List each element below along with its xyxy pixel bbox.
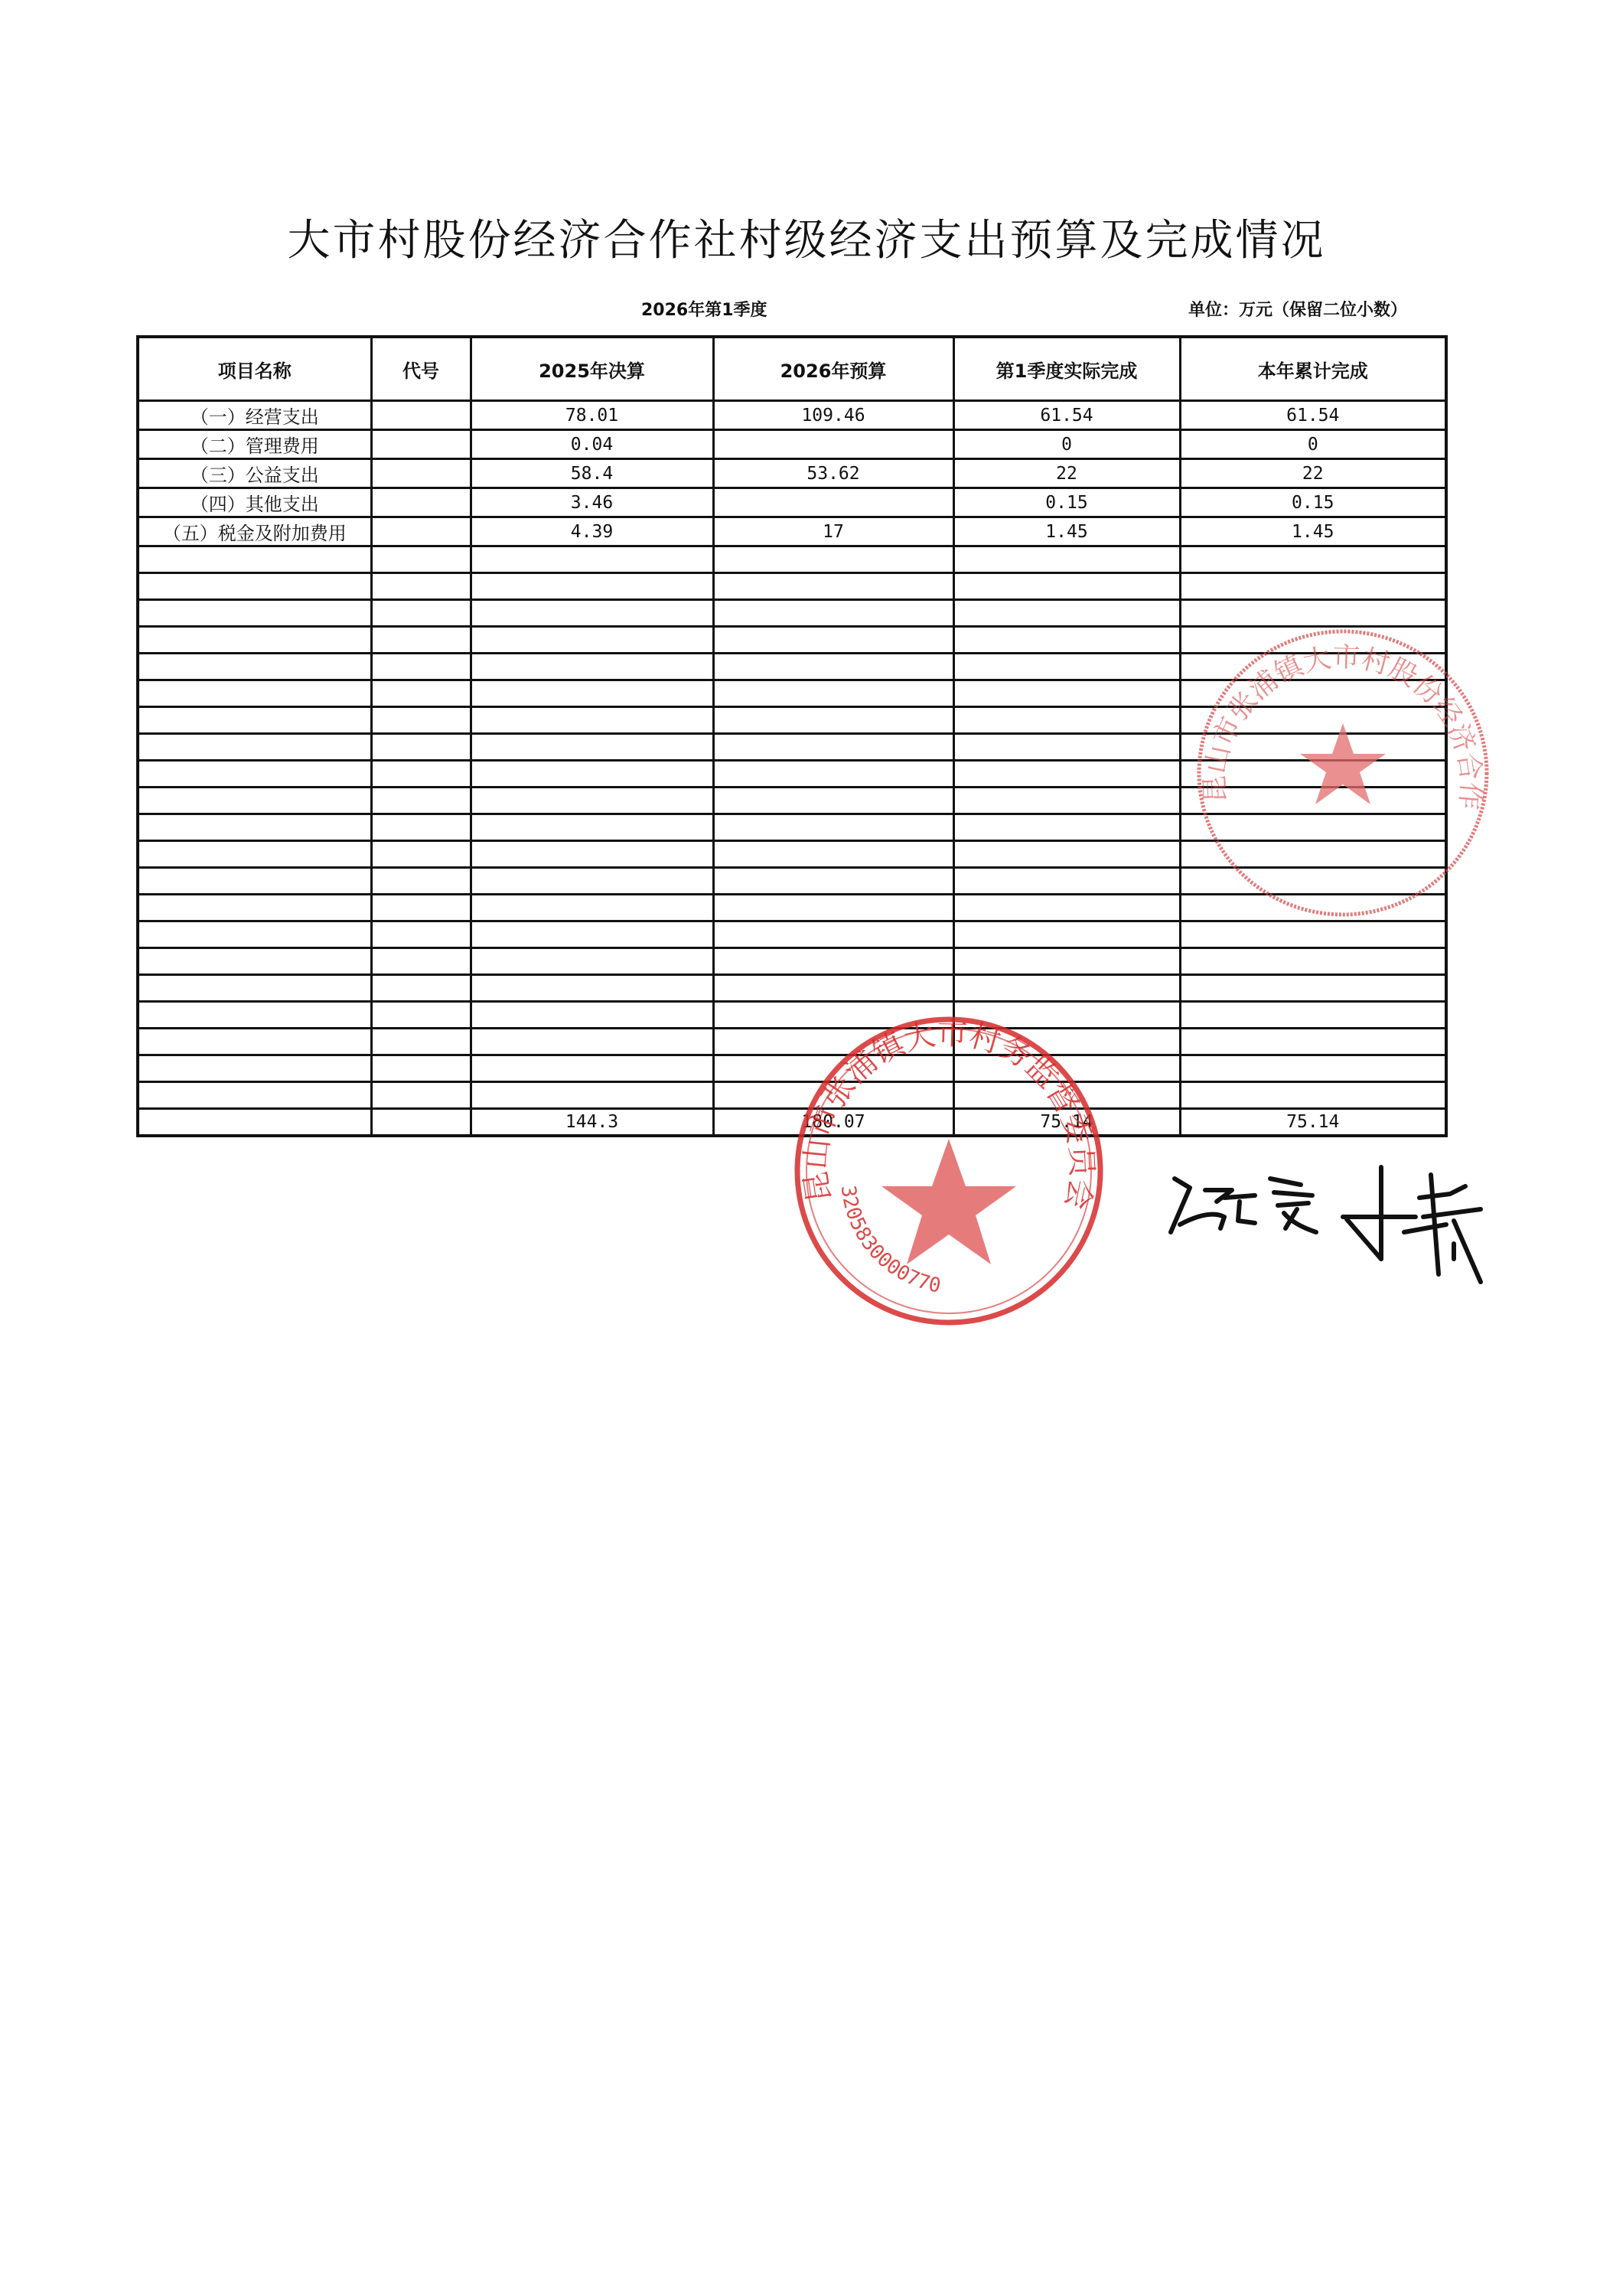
cell-code: [371, 546, 471, 573]
cell-q1-actual: 0.15: [953, 488, 1180, 517]
cell-ytd: [1180, 975, 1446, 1002]
cell-code: [371, 975, 471, 1002]
cell-item-name: [138, 1029, 371, 1055]
cell-2026-budget: [713, 1055, 953, 1082]
cell-2026-budget: [713, 627, 953, 654]
cell-code: [371, 573, 471, 600]
table-row-blank: [138, 654, 1446, 680]
cell-item-name: [138, 600, 371, 627]
cell-q1-actual: [953, 895, 1180, 921]
cell-2025-final: [471, 600, 713, 627]
cell-2026-budget: [713, 654, 953, 680]
cell-2025-final: [471, 1029, 713, 1055]
cell-2026-budget: [713, 573, 953, 600]
header-2026-budget: 2026年预算: [713, 337, 953, 401]
cell-code: [371, 734, 471, 761]
table-row-blank: [138, 921, 1446, 948]
cell-2025-final: [471, 1002, 713, 1029]
cell-q1-actual: [953, 1029, 1180, 1055]
cell-2025-final: [471, 734, 713, 761]
cell-2026-budget: 53.62: [713, 459, 953, 488]
cell-item-name: [138, 1002, 371, 1029]
cell-ytd: [1180, 814, 1446, 841]
cell-item-name: [138, 546, 371, 573]
cell-item-name: [138, 921, 371, 948]
table-row-total: 144.3180.0775.1475.14: [138, 1109, 1446, 1137]
cell-q1-actual: 75.14: [953, 1109, 1180, 1137]
cell-ytd: [1180, 921, 1446, 948]
cell-2026-budget: [713, 600, 953, 627]
cell-code: [371, 517, 471, 546]
stamp-code: 3205830000770: [836, 1184, 943, 1297]
cell-ytd: [1180, 1055, 1446, 1082]
table-row-blank: [138, 895, 1446, 921]
cell-2026-budget: [713, 921, 953, 948]
cell-2025-final: [471, 761, 713, 788]
cell-item-name: [138, 1055, 371, 1082]
cell-2025-final: [471, 975, 713, 1002]
cell-item-name: [138, 707, 371, 734]
cell-ytd: [1180, 734, 1446, 761]
header-2025-final: 2025年决算: [471, 337, 713, 401]
table-row-blank: [138, 734, 1446, 761]
cell-code: [371, 627, 471, 654]
cell-q1-actual: [953, 841, 1180, 868]
table-row-blank: [138, 814, 1446, 841]
cell-item-name: （五）税金及附加费用: [138, 517, 371, 546]
cell-ytd: [1180, 761, 1446, 788]
cell-2025-final: [471, 546, 713, 573]
cell-2026-budget: [713, 546, 953, 573]
cell-ytd: [1180, 654, 1446, 680]
cell-2026-budget: [713, 788, 953, 814]
table-row: （五）税金及附加费用4.39171.451.45: [138, 517, 1446, 546]
cell-ytd: 1.45: [1180, 517, 1446, 546]
cell-q1-actual: [953, 975, 1180, 1002]
cell-item-name: [138, 654, 371, 680]
cell-code: [371, 680, 471, 707]
table-row-blank: [138, 1055, 1446, 1082]
table-row-blank: [138, 573, 1446, 600]
cell-item-name: [138, 1109, 371, 1137]
table-row-blank: [138, 788, 1446, 814]
cell-ytd: [1180, 948, 1446, 975]
cell-item-name: [138, 734, 371, 761]
cell-item-name: （四）其他支出: [138, 488, 371, 517]
cell-2026-budget: [713, 975, 953, 1002]
cell-code: [371, 1002, 471, 1029]
cell-q1-actual: [953, 948, 1180, 975]
cell-2026-budget: [713, 948, 953, 975]
cell-q1-actual: 22: [953, 459, 1180, 488]
cell-code: [371, 401, 471, 430]
cell-q1-actual: [953, 814, 1180, 841]
cell-q1-actual: [953, 1002, 1180, 1029]
table-row-blank: [138, 761, 1446, 788]
cell-2025-final: 78.01: [471, 401, 713, 430]
cell-ytd: [1180, 841, 1446, 868]
cell-2026-budget: [713, 1029, 953, 1055]
cell-2025-final: [471, 788, 713, 814]
cell-2025-final: [471, 707, 713, 734]
cell-q1-actual: [953, 868, 1180, 895]
cell-code: [371, 1055, 471, 1082]
cell-2026-budget: [713, 841, 953, 868]
cell-q1-actual: [953, 546, 1180, 573]
cell-q1-actual: [953, 627, 1180, 654]
cell-ytd: 75.14: [1180, 1109, 1446, 1137]
cell-code: [371, 654, 471, 680]
header-code: 代号: [371, 337, 471, 401]
table-row: （三）公益支出58.453.622222: [138, 459, 1446, 488]
cell-code: [371, 600, 471, 627]
cell-2025-final: [471, 868, 713, 895]
cell-q1-actual: 0: [953, 430, 1180, 459]
signature-1: [1163, 1156, 1331, 1247]
cell-code: [371, 841, 471, 868]
svg-text:3205830000770: 3205830000770: [836, 1184, 943, 1297]
cell-2026-budget: [713, 707, 953, 734]
cell-ytd: [1180, 1029, 1446, 1055]
table-row-blank: [138, 1082, 1446, 1109]
cell-ytd: 0: [1180, 430, 1446, 459]
table-row-blank: [138, 680, 1446, 707]
cell-2026-budget: [713, 1002, 953, 1029]
report-period: 2026年第1季度: [641, 297, 767, 321]
table-row-blank: [138, 841, 1446, 868]
cell-ytd: [1180, 680, 1446, 707]
cell-code: [371, 868, 471, 895]
cell-item-name: [138, 680, 371, 707]
cell-2026-budget: [713, 680, 953, 707]
table-row-blank: [138, 1029, 1446, 1055]
cell-item-name: [138, 627, 371, 654]
cell-2025-final: 0.04: [471, 430, 713, 459]
cell-code: [371, 788, 471, 814]
header-q1-actual: 第1季度实际完成: [953, 337, 1180, 401]
cell-2025-final: [471, 654, 713, 680]
cell-q1-actual: [953, 680, 1180, 707]
cell-ytd: [1180, 895, 1446, 921]
cell-ytd: 22: [1180, 459, 1446, 488]
cell-2025-final: [471, 948, 713, 975]
cell-2025-final: 58.4: [471, 459, 713, 488]
cell-2025-final: 3.46: [471, 488, 713, 517]
table-row: （二）管理费用0.0400: [138, 430, 1446, 459]
cell-q1-actual: [953, 788, 1180, 814]
cell-2025-final: [471, 814, 713, 841]
cell-2026-budget: [713, 734, 953, 761]
cell-item-name: [138, 788, 371, 814]
cell-2025-final: [471, 1055, 713, 1082]
cell-ytd: [1180, 868, 1446, 895]
cell-2026-budget: [713, 761, 953, 788]
cell-2025-final: [471, 627, 713, 654]
table-row-blank: [138, 627, 1446, 654]
cell-code: [371, 1029, 471, 1055]
table-row-blank: [138, 975, 1446, 1002]
cell-code: [371, 1109, 471, 1137]
cell-ytd: 61.54: [1180, 401, 1446, 430]
cell-q1-actual: [953, 1055, 1180, 1082]
cell-ytd: [1180, 627, 1446, 654]
cell-q1-actual: [953, 761, 1180, 788]
cell-item-name: [138, 761, 371, 788]
cell-2025-final: [471, 921, 713, 948]
cell-ytd: [1180, 600, 1446, 627]
expenditure-budget-table: 项目名称 代号 2025年决算 2026年预算 第1季度实际完成 本年累计完成 …: [136, 335, 1448, 1137]
cell-code: [371, 459, 471, 488]
header-ytd-completed: 本年累计完成: [1180, 337, 1446, 401]
table-header-row: 项目名称 代号 2025年决算 2026年预算 第1季度实际完成 本年累计完成: [138, 337, 1446, 401]
cell-q1-actual: 61.54: [953, 401, 1180, 430]
cell-item-name: （二）管理费用: [138, 430, 371, 459]
cell-code: [371, 488, 471, 517]
cell-code: [371, 814, 471, 841]
cell-2025-final: [471, 680, 713, 707]
cell-q1-actual: [953, 573, 1180, 600]
table-row-blank: [138, 546, 1446, 573]
cell-ytd: [1180, 1082, 1446, 1109]
cell-ytd: 0.15: [1180, 488, 1446, 517]
cell-ytd: [1180, 707, 1446, 734]
cell-2025-final: [471, 1082, 713, 1109]
cell-q1-actual: [953, 921, 1180, 948]
cell-2026-budget: [713, 430, 953, 459]
cell-q1-actual: [953, 734, 1180, 761]
cell-item-name: [138, 975, 371, 1002]
table-row-blank: [138, 948, 1446, 975]
cell-item-name: （一）经营支出: [138, 401, 371, 430]
cell-code: [371, 1082, 471, 1109]
cell-2026-budget: [713, 1082, 953, 1109]
table-row-blank: [138, 868, 1446, 895]
cell-q1-actual: [953, 654, 1180, 680]
cell-2026-budget: [713, 868, 953, 895]
cell-2025-final: 4.39: [471, 517, 713, 546]
cell-item-name: （三）公益支出: [138, 459, 371, 488]
cell-q1-actual: [953, 600, 1180, 627]
cell-ytd: [1180, 1002, 1446, 1029]
cell-q1-actual: [953, 707, 1180, 734]
cell-2025-final: [471, 895, 713, 921]
cell-ytd: [1180, 788, 1446, 814]
cell-item-name: [138, 895, 371, 921]
cell-item-name: [138, 814, 371, 841]
cell-item-name: [138, 868, 371, 895]
cell-code: [371, 948, 471, 975]
cell-2025-final: 144.3: [471, 1109, 713, 1137]
document-title: 大市村股份经济合作社村级经济支出预算及完成情况: [0, 207, 1613, 268]
cell-code: [371, 895, 471, 921]
table-row: （一）经营支出78.01109.4661.5461.54: [138, 401, 1446, 430]
signature-2: [1339, 1152, 1500, 1297]
cell-code: [371, 921, 471, 948]
table-row-blank: [138, 707, 1446, 734]
table-row-blank: [138, 600, 1446, 627]
cell-2025-final: [471, 573, 713, 600]
cell-item-name: [138, 573, 371, 600]
cell-q1-actual: 1.45: [953, 517, 1180, 546]
table-row: （四）其他支出3.460.150.15: [138, 488, 1446, 517]
cell-2025-final: [471, 841, 713, 868]
unit-note: 单位：万元（保留二位小数）: [1188, 297, 1407, 321]
cell-2026-budget: 17: [713, 517, 953, 546]
cell-2026-budget: 180.07: [713, 1109, 953, 1137]
cell-code: [371, 761, 471, 788]
cell-code: [371, 707, 471, 734]
cell-2026-budget: [713, 488, 953, 517]
cell-code: [371, 430, 471, 459]
cell-2026-budget: [713, 895, 953, 921]
cell-q1-actual: [953, 1082, 1180, 1109]
table-row-blank: [138, 1002, 1446, 1029]
cell-2026-budget: 109.46: [713, 401, 953, 430]
cell-ytd: [1180, 546, 1446, 573]
header-item-name: 项目名称: [138, 337, 371, 401]
cell-item-name: [138, 841, 371, 868]
cell-2026-budget: [713, 814, 953, 841]
cell-item-name: [138, 1082, 371, 1109]
cell-ytd: [1180, 573, 1446, 600]
cell-item-name: [138, 948, 371, 975]
